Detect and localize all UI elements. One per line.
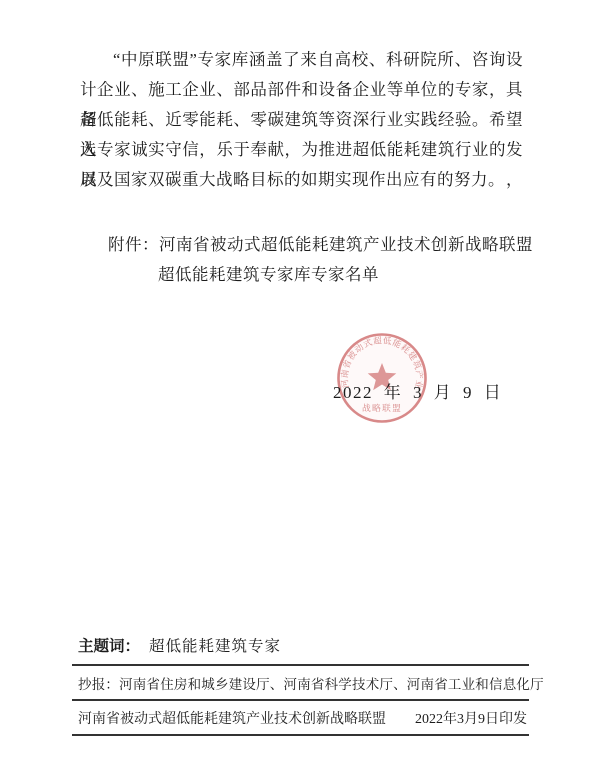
horizontal-rule — [72, 664, 529, 666]
paragraph-line: “中原联盟”专家库涵盖了来自高校、科研院所、咨询设 — [80, 45, 523, 75]
issuer-row: 河南省被动式超低能耗建筑产业技术创新战略联盟 2022年3月9日印发 — [78, 706, 527, 734]
issuer-name: 河南省被动式超低能耗建筑产业技术创新战略联盟 — [78, 706, 386, 734]
attachment-line: 附件：河南省被动式超低能耗建筑产业技术创新战略联盟 — [108, 230, 533, 260]
cc-row: 抄报：河南省住房和城乡建设厅、河南省科学技术厅、河南省工业和信息化厅 — [78, 671, 527, 699]
subject-row: 主题词：超低能耗建筑专家 — [78, 636, 281, 658]
paragraph-line: 超低能耗、近零能耗、零碳建筑等资深行业实践经验。希望入 — [80, 105, 523, 135]
document-date: 2022 年 3 月 9 日 — [333, 378, 502, 408]
subject-value: 超低能耗建筑专家 — [149, 638, 281, 655]
paragraph-line: 计企业、施工企业、部品部件和设备企业等单位的专家，具备 — [80, 75, 523, 105]
attachment-line: 超低能耗建筑专家库专家名单 — [158, 260, 379, 290]
horizontal-rule — [72, 699, 529, 701]
paragraph-line: 以及国家双碳重大战略目标的如期实现作出应有的努力。 — [80, 165, 523, 195]
issue-date: 2022年3月9日印发 — [415, 706, 527, 734]
horizontal-rule — [72, 734, 529, 736]
paragraph-line: 选专家诚实守信，乐于奉献，为推进超低能耗建筑行业的发展， — [80, 135, 523, 165]
document-page: “中原联盟”专家库涵盖了来自高校、科研院所、咨询设 计企业、施工企业、部品部件和… — [0, 0, 600, 766]
subject-label: 主题词： — [78, 638, 140, 655]
